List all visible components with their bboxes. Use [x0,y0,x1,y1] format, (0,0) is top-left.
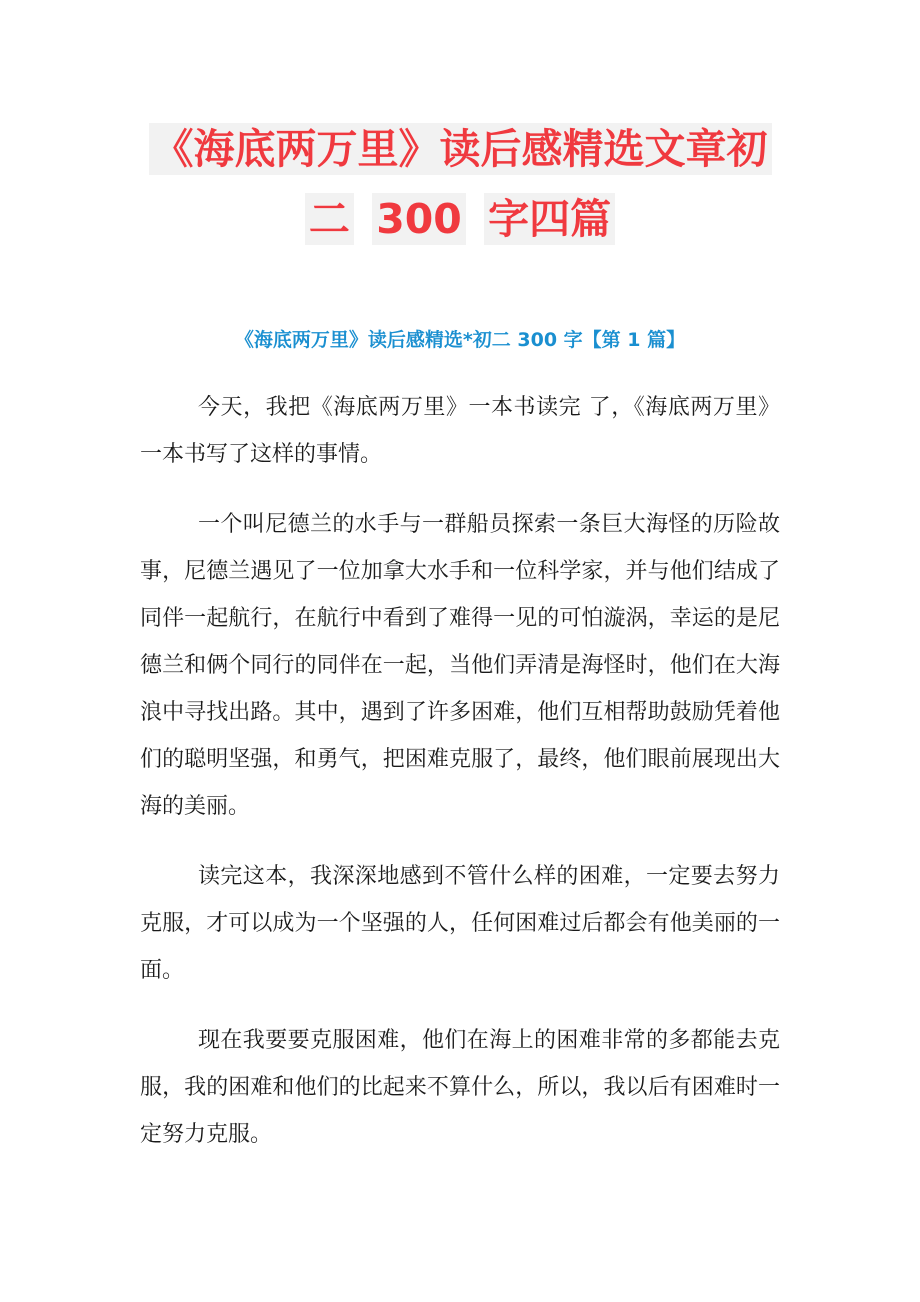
document-title-line-1: 《海底两万里》读后感精选文章初 [0,120,920,178]
paragraph: 现在我要要克服困难，他们在海上的困难非常的多都能去克服，我的困难和他们的比起来不… [140,1017,780,1158]
title-text-line-1: 《海底两万里》读后感精选文章初 [149,123,772,175]
title-segment: 二 [305,193,354,245]
document-title-line-2: 二 300 字四篇 [0,190,920,248]
title-segment: 300 [372,193,466,245]
section-heading: 《海底两万里》读后感精选*初二 300 字【第 1 篇】 [0,323,920,357]
document-page: 《海底两万里》读后感精选文章初 二 300 字四篇 《海底两万里》读后感精选*初… [0,0,920,1302]
paragraph: 今天，我把《海底两万里》一本书读完 了，《海底两万里》一本书写了这样的事情。 [140,384,780,478]
article-body: 今天，我把《海底两万里》一本书读完 了，《海底两万里》一本书写了这样的事情。 一… [140,384,780,1181]
paragraph: 一个叫尼德兰的水手与一群船员探索一条巨大海怪的历险故事，尼德兰遇见了一位加拿大水… [140,501,780,830]
title-segment: 字四篇 [484,193,615,245]
paragraph: 读完这本，我深深地感到不管什么样的困难，一定要去努力克服，才可以成为一个坚强的人… [140,853,780,994]
